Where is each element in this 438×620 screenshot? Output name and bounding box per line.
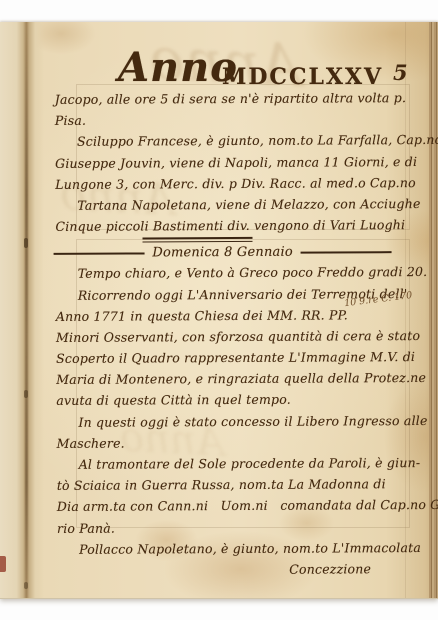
gutter-crease [25, 22, 28, 598]
manuscript-line: Pisa. [55, 108, 405, 131]
manuscript-line: Giuseppe Jouvin, viene di Napoli, manca … [55, 151, 405, 174]
manuscript-line: avuta di questa Città in quel tempo. [56, 389, 406, 412]
manuscript-line: tò Sciaica in Guerra Russa, nom.ta La Ma… [57, 473, 407, 496]
manuscript-line: Cinque piccoli Bastimenti div. vengono d… [55, 214, 405, 237]
manuscript-line: Minori Osservanti, con sforzosa quantità… [56, 325, 406, 348]
manuscript-line: Jacopo, alle ore 5 di sera se n'è ripart… [55, 87, 405, 110]
manuscript-line: In questi oggi è stato concesso il Liber… [56, 410, 406, 433]
manuscript-line: Tempo chiaro, e Vento à Greco poco Fredd… [56, 261, 406, 284]
divider-rule-left [54, 252, 145, 254]
day-heading-divider: Domenica 8 Gennaio [54, 242, 392, 263]
manuscript-line: Dia arm.ta con Cann.ni Uom.ni comandata … [57, 494, 407, 517]
manuscript-line: Tartana Napoletana, viene di Melazzo, co… [55, 193, 405, 216]
manuscript-line: Maria di Montenero, e ringraziata quella… [56, 367, 406, 390]
book-binding-gutter [0, 22, 44, 598]
manuscript-line: Lungone 3, con Merc. div. p Div. Racc. a… [55, 172, 405, 195]
manuscript-line: Al tramontare del Sole procedente da Par… [57, 452, 407, 475]
year-title-script: Anno [118, 44, 238, 91]
handwritten-text-block: Jacopo, alle ore 5 di sera se n'è ripart… [55, 87, 408, 581]
binding-stitch [24, 238, 28, 248]
manuscript-line: Concezzione [57, 558, 407, 581]
manuscript-line: rio Panà. [57, 516, 407, 539]
manuscript-line: Sciluppo Francese, è giunto, nom.to La F… [55, 129, 405, 152]
entry-separator-double-rule [142, 237, 252, 243]
manuscript-line: Pollacco Napoletano, è giunto, nom.to L'… [57, 537, 407, 560]
year-title-roman-numerals: MDCCLXXV [222, 64, 383, 90]
scan-background: Anno Anno Anno Anno MDCCLXXV 5 Jacopo, a… [0, 0, 438, 620]
manuscript-line: Maschere. [57, 431, 407, 454]
red-edge-mark [0, 556, 6, 572]
binding-stitch [24, 390, 28, 398]
binding-stitch [24, 582, 28, 589]
page-number: 5 [393, 60, 408, 85]
manuscript-line: Scoperto il Quadro rappresentante L'Imma… [56, 346, 406, 369]
divider-rule-right [301, 251, 392, 253]
day-heading-label: Domenica 8 Gennaio [144, 245, 301, 261]
manuscript-page-photo: Anno Anno Anno Anno MDCCLXXV 5 Jacopo, a… [0, 22, 438, 598]
